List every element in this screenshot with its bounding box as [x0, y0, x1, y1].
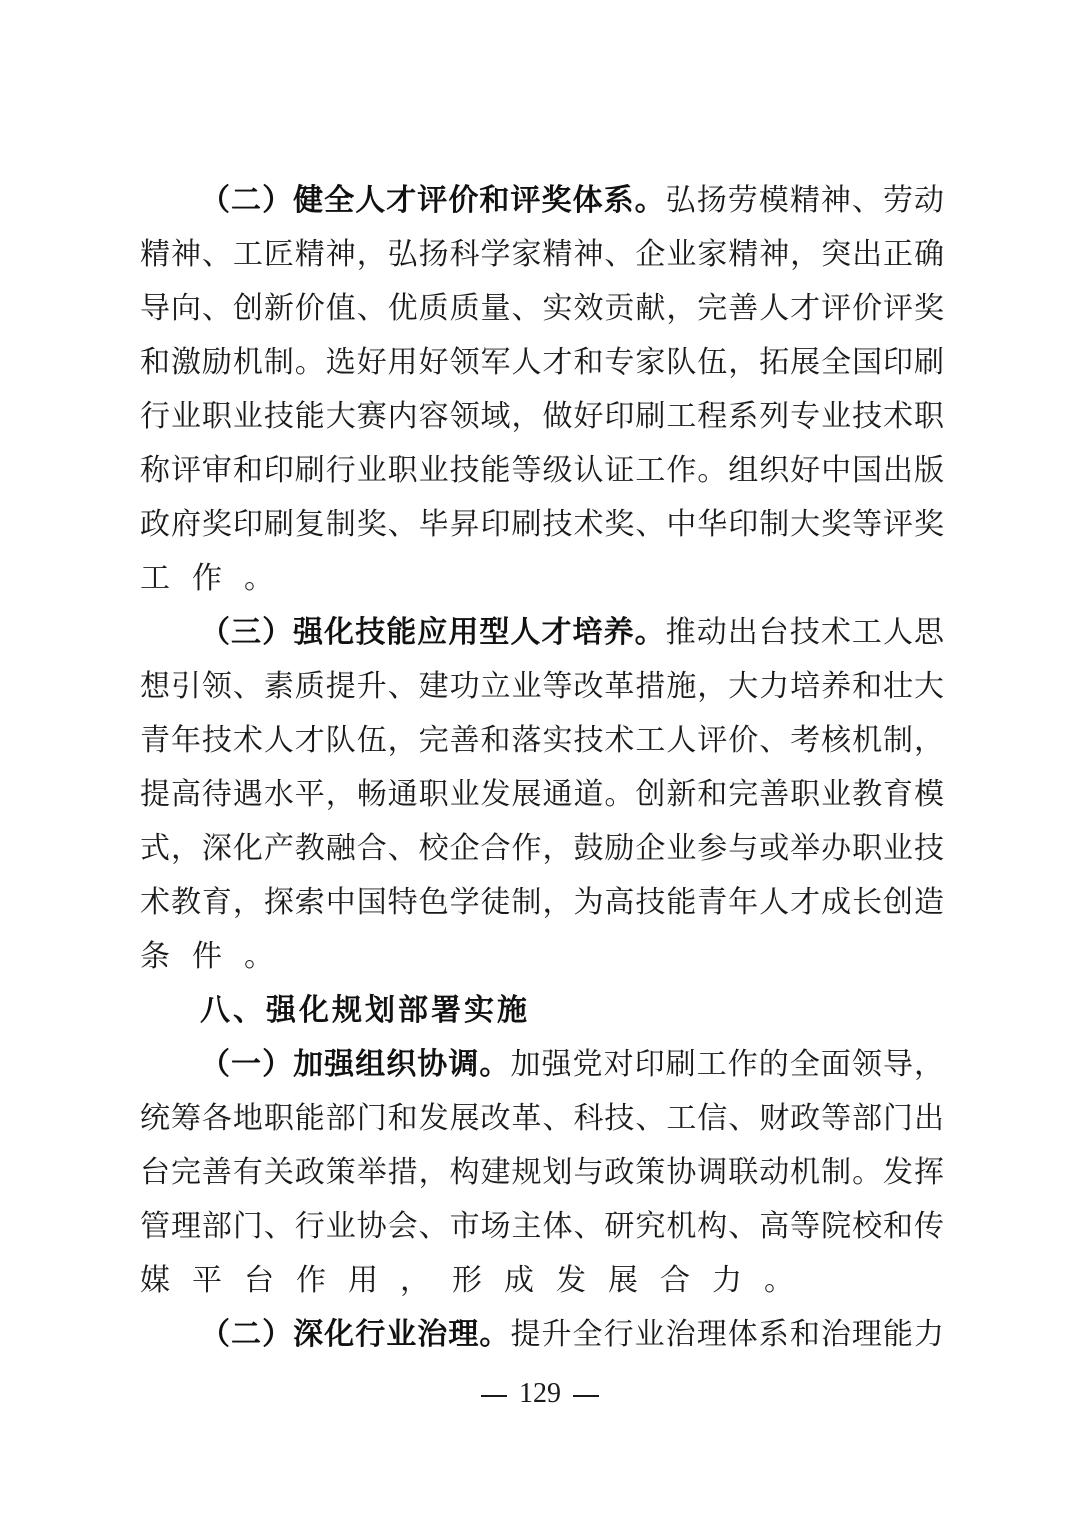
paragraph-line: 式，深化产教融合、校企合作，鼓励企业参与或举办职业技 [140, 822, 944, 876]
paragraph-line: 和激励机制。选好用好领军人才和专家队伍，拓展全国印刷 [140, 336, 944, 390]
paragraph-line: （二）深化行业治理。提升全行业治理体系和治理能力 [200, 1308, 944, 1362]
paragraph-line: 工作。 [140, 552, 944, 606]
paragraph-line: 行业职业技能大赛内容领域，做好印刷工程系列专业技术职 [140, 390, 944, 444]
paragraph-lead: （二）健全人才评价和评奖体系。 [200, 183, 666, 218]
paragraph-line: 精神、工匠精神，弘扬科学家精神、企业家精神，突出正确 [140, 228, 944, 282]
paragraph-line: 媒平台作用，形成发展合力。 [140, 1254, 944, 1308]
dash-decoration [573, 1395, 599, 1397]
paragraph-line: 政府奖印刷复制奖、毕昇印刷技术奖、中华印制大奖等评奖 [140, 498, 944, 552]
paragraph-lead: （一）加强组织协调。 [200, 1047, 510, 1082]
page-number: 129 [0, 1372, 1080, 1416]
paragraph-line: 称评审和印刷行业职业技能等级认证工作。组织好中国出版 [140, 444, 944, 498]
paragraph-line: 管理部门、行业协会、市场主体、研究机构、高等院校和传 [140, 1200, 944, 1254]
paragraph-line: 术教育，探索中国特色学徒制，为高技能青年人才成长创造 [140, 876, 944, 930]
paragraph-line: （三）强化技能应用型人才培养。推动出台技术工人思 [200, 606, 944, 660]
chapter-heading: 八、强化规划部署实施 [200, 984, 530, 1038]
document-page: （二）健全人才评价和评奖体系。弘扬劳模精神、劳动 精神、工匠精神，弘扬科学家精神… [0, 0, 1080, 1527]
paragraph-line: 统筹各地职能部门和发展改革、科技、工信、财政等部门出 [140, 1092, 944, 1146]
page-number-value: 129 [519, 1378, 561, 1409]
paragraph-line: （一）加强组织协调。加强党对印刷工作的全面领导， [200, 1038, 944, 1092]
paragraph-line: （二）健全人才评价和评奖体系。弘扬劳模精神、劳动 [200, 174, 944, 228]
paragraph-line: 条件。 [140, 930, 944, 984]
dash-decoration [481, 1395, 507, 1397]
paragraph-line: 导向、创新价值、优质质量、实效贡献，完善人才评价评奖 [140, 282, 944, 336]
paragraph-lead: （三）强化技能应用型人才培养。 [200, 615, 666, 650]
paragraph-line: 提高待遇水平，畅通职业发展通道。创新和完善职业教育模 [140, 768, 944, 822]
paragraph-line: 想引领、素质提升、建功立业等改革措施，大力培养和壮大 [140, 660, 944, 714]
paragraph-line: 青年技术人才队伍，完善和落实技术工人评价、考核机制， [140, 714, 944, 768]
paragraph-line: 台完善有关政策举措，构建规划与政策协调联动机制。发挥 [140, 1146, 944, 1200]
paragraph-lead: （二）深化行业治理。 [200, 1317, 510, 1352]
